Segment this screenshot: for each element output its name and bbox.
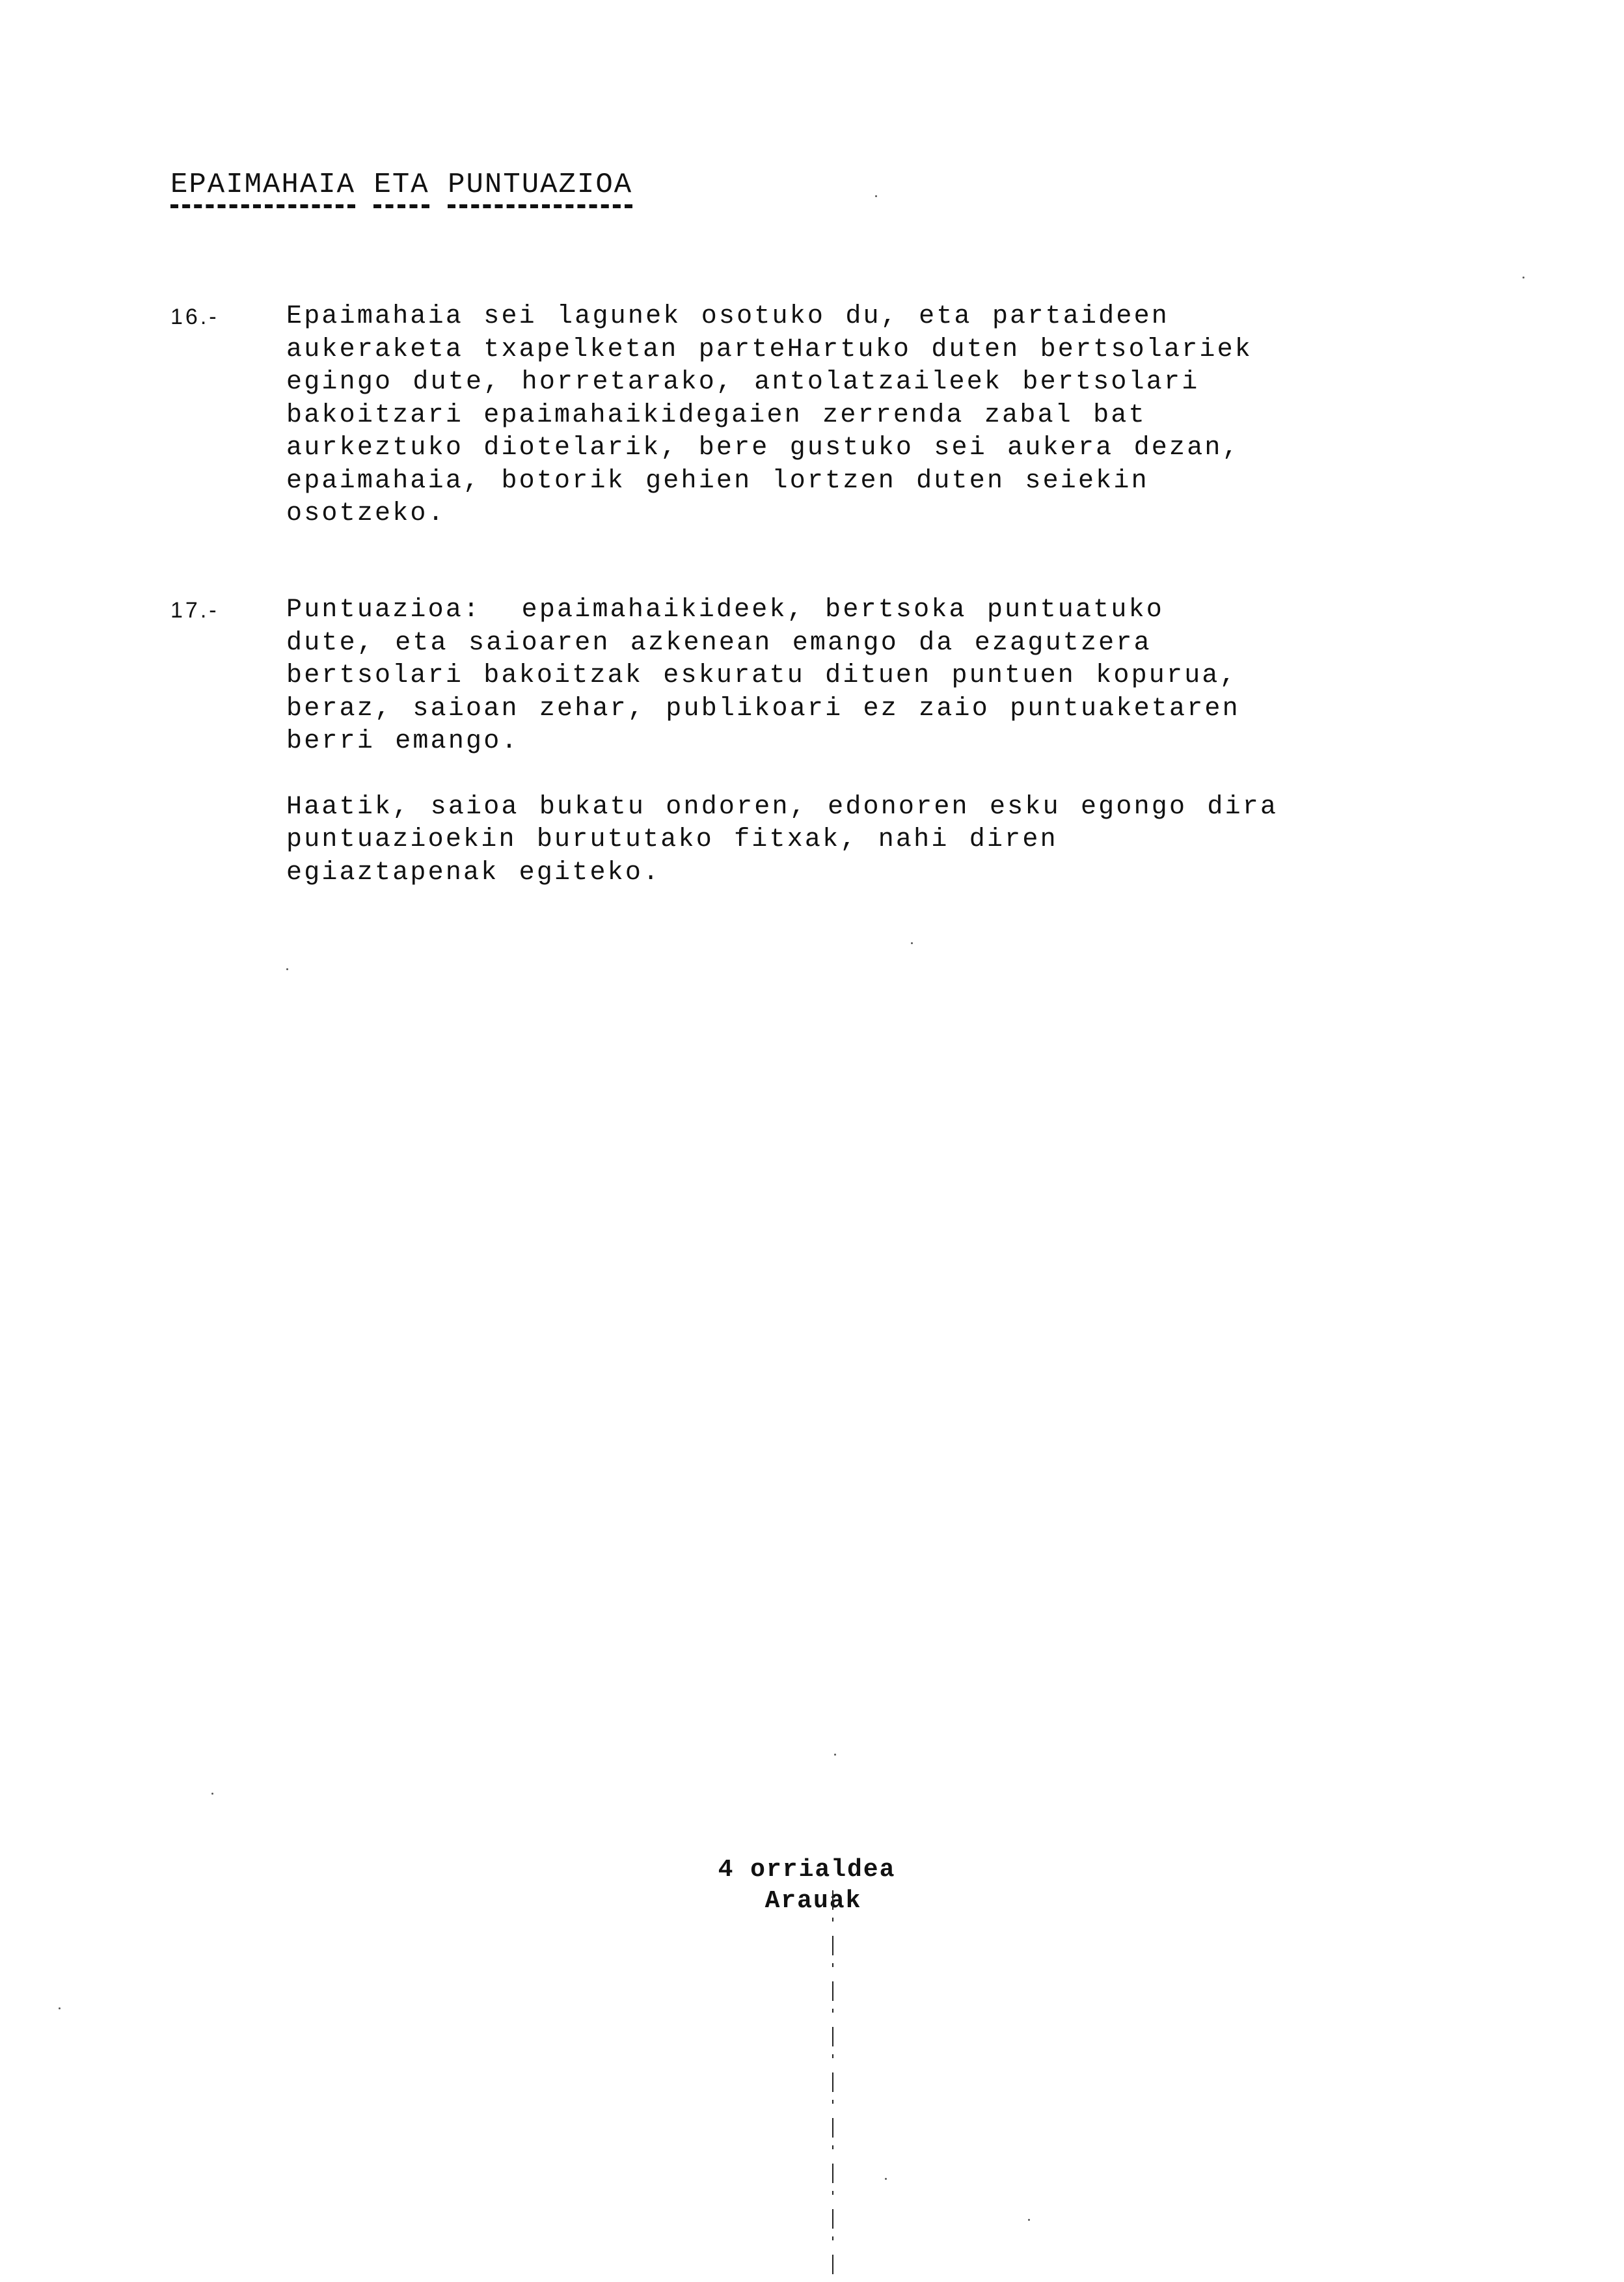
scan-speck [286, 968, 288, 970]
scan-speck [911, 942, 913, 944]
section-heading: EPAIMAHAIA ETA PUNTUAZIOA [170, 168, 632, 208]
text-line: aukeraketa txapelketan parteHartuko dute… [286, 334, 1522, 367]
text-line: berri emango. [286, 726, 1522, 759]
scan-speck [59, 2007, 61, 2009]
text-line: Epaimahaia sei lagunek osotuko du, eta p… [286, 301, 1522, 334]
paragraph: Epaimahaia sei lagunek osotuko du, eta p… [286, 301, 1522, 531]
scan-speck [834, 1754, 836, 1756]
footer-section-label: Arauak [677, 1886, 950, 1917]
heading-word: EPAIMAHAIA [170, 168, 355, 208]
scan-artifact-line [832, 1890, 833, 2282]
rule-body: Puntuazioa: epaimahaikideek, bertsoka pu… [286, 594, 1522, 890]
document-page: EPAIMAHAIA ETA PUNTUAZIOA 16.- Epaimahai… [0, 0, 1624, 2282]
text-line: egingo dute, horretarako, antolatzaileek… [286, 366, 1522, 400]
heading-word: ETA [373, 168, 429, 208]
paragraph: Puntuazioa: epaimahaikideek, bertsoka pu… [286, 594, 1522, 759]
rule-body: Epaimahaia sei lagunek osotuko du, eta p… [286, 301, 1522, 531]
scan-speck [1522, 277, 1524, 278]
text-line: bakoitzari epaimahaikidegaien zerrenda z… [286, 400, 1522, 433]
heading-word: PUNTUAZIOA [448, 168, 632, 208]
text-line: epaimahaia, botorik gehien lortzen duten… [286, 465, 1522, 498]
text-line: aurkeztuko diotelarik, bere gustuko sei … [286, 432, 1522, 465]
text-line: Haatik, saioa bukatu ondoren, edonoren e… [286, 791, 1522, 824]
paragraph: Haatik, saioa bukatu ondoren, edonoren e… [286, 791, 1522, 890]
text-line: beraz, saioan zehar, publikoari ez zaio … [286, 693, 1522, 726]
text-line: osotzeko. [286, 498, 1522, 531]
scan-speck [875, 195, 877, 197]
scan-speck [1028, 2219, 1030, 2221]
scan-speck [211, 1793, 213, 1795]
text-line: dute, eta saioaren azkenean emango da ez… [286, 627, 1522, 660]
rule-number: 16.- [170, 301, 219, 334]
rule-number: 17.- [170, 594, 219, 627]
text-line: bertsolari bakoitzak eskuratu dituen pun… [286, 660, 1522, 693]
text-line: egiaztapenak egiteko. [286, 857, 1522, 890]
page-footer: 4 orrialdea Arauak [677, 1854, 950, 1917]
text-line: puntuazioekin burututako fitxak, nahi di… [286, 824, 1522, 857]
text-line: Puntuazioa: epaimahaikideek, bertsoka pu… [286, 594, 1522, 627]
page-number-label: 4 orrialdea [664, 1854, 950, 1886]
scan-speck [885, 2178, 887, 2180]
